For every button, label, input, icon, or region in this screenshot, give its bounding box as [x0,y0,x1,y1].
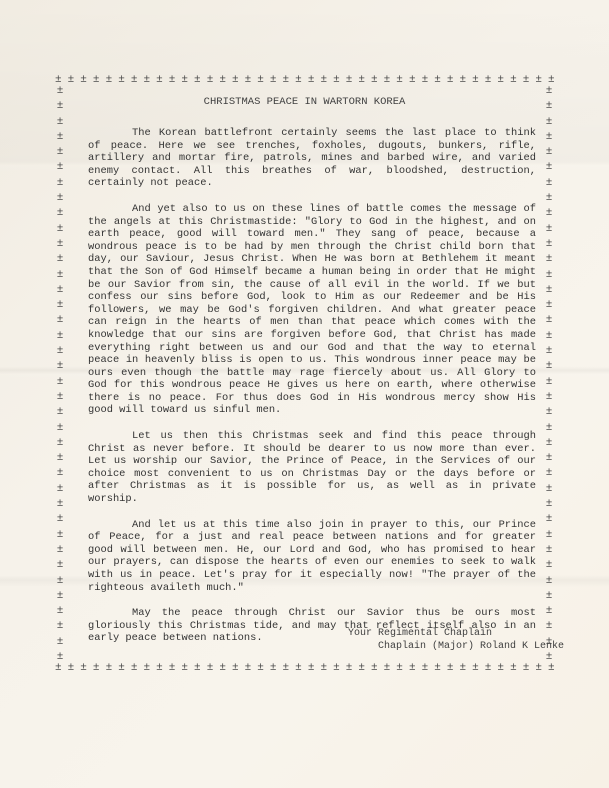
border-glyph: ± [447,75,454,86]
border-glyph: ± [543,392,555,403]
border-glyph: ± [543,132,555,143]
border-glyph: ± [434,75,441,86]
border-glyph: ± [283,663,290,674]
border-glyph: ± [54,530,66,541]
border-left: ±±±±±±±±±±±±±±±±±±±±±±±±±±±±±±±±±±±±±± [54,86,66,663]
border-glyph: ± [181,75,188,86]
border-glyph: ± [543,545,555,556]
border-glyph: ± [472,75,479,86]
border-glyph: ± [548,663,555,674]
border-glyph: ± [257,75,264,86]
border-glyph: ± [169,663,176,674]
border-glyph: ± [346,663,353,674]
border-glyph: ± [543,117,555,128]
border-glyph: ± [54,621,66,632]
border-glyph: ± [543,606,555,617]
border-glyph: ± [543,346,555,357]
border-glyph: ± [371,75,378,86]
border-glyph: ± [543,423,555,434]
border-glyph: ± [54,208,66,219]
border-glyph: ± [54,652,66,663]
border-glyph: ± [93,75,100,86]
border-glyph: ± [396,75,403,86]
border-glyph: ± [543,147,555,158]
border-glyph: ± [543,162,555,173]
border-glyph: ± [543,468,555,479]
border-glyph: ± [543,576,555,587]
border-glyph: ± [194,663,201,674]
border-glyph: ± [54,392,66,403]
border-glyph: ± [543,499,555,510]
border-glyph: ± [308,75,315,86]
border-glyph: ± [543,193,555,204]
border-glyph: ± [270,75,277,86]
paragraph: The Korean battlefront certainly seems t… [88,127,536,190]
border-glyph: ± [543,239,555,250]
border-glyph: ± [55,663,62,674]
border-glyph: ± [54,254,66,265]
border-glyph: ± [80,75,87,86]
border-glyph: ± [270,663,277,674]
signature-block: Your Regimental Chaplain Chaplain (Major… [348,627,564,653]
document-title: CHRISTMAS PEACE IN WARTORN KOREA [0,96,609,108]
border-glyph: ± [295,75,302,86]
border-glyph: ± [131,663,138,674]
border-glyph: ± [54,331,66,342]
border-glyph: ± [497,75,504,86]
border-glyph: ± [181,663,188,674]
border-glyph: ± [346,75,353,86]
border-glyph: ± [535,75,542,86]
border-glyph: ± [54,346,66,357]
paragraph: Let us then this Christmas seek and find… [88,430,536,506]
border-glyph: ± [472,663,479,674]
border-glyph: ± [54,423,66,434]
border-glyph: ± [156,75,163,86]
border-glyph: ± [543,652,555,663]
border-glyph: ± [54,178,66,189]
paragraph: And let us at this time also join in pra… [88,519,536,595]
border-glyph: ± [54,377,66,388]
border-glyph: ± [54,453,66,464]
signature-line-name: Chaplain (Major) Roland K Lenke [348,640,564,653]
border-glyph: ± [219,663,226,674]
border-glyph: ± [54,193,66,204]
border-glyph: ± [118,663,125,674]
border-glyph: ± [396,663,403,674]
border-glyph: ± [543,514,555,525]
border-glyph: ± [295,663,302,674]
border-glyph: ± [156,663,163,674]
border-glyph: ± [194,75,201,86]
border-glyph: ± [143,75,150,86]
border-glyph: ± [54,361,66,372]
border-glyph: ± [543,224,555,235]
border-glyph: ± [54,147,66,158]
border-glyph: ± [232,663,239,674]
border-glyph: ± [543,591,555,602]
border-glyph: ± [422,75,429,86]
border-glyph: ± [543,530,555,541]
border-glyph: ± [54,224,66,235]
border-glyph: ± [283,75,290,86]
border-glyph: ± [54,468,66,479]
border-glyph: ± [510,663,517,674]
border-glyph: ± [543,377,555,388]
border-glyph: ± [333,663,340,674]
border-glyph: ± [219,75,226,86]
border-bottom: ±±±±±±±±±±±±±±±±±±±±±±±±±±±±±±±±±±±±±±±± [55,663,555,674]
border-glyph: ± [485,75,492,86]
border-glyph: ± [543,270,555,281]
border-glyph: ± [384,663,391,674]
border-glyph: ± [543,315,555,326]
border-glyph: ± [68,663,75,674]
border-glyph: ± [543,300,555,311]
border-glyph: ± [54,132,66,143]
border-glyph: ± [543,484,555,495]
border-glyph: ± [320,663,327,674]
border-glyph: ± [523,75,530,86]
border-glyph: ± [358,663,365,674]
border-glyph: ± [54,407,66,418]
border-glyph: ± [409,75,416,86]
border-glyph: ± [460,663,467,674]
border-glyph: ± [460,75,467,86]
border-glyph: ± [358,75,365,86]
border-glyph: ± [54,499,66,510]
border-glyph: ± [106,663,113,674]
border-glyph: ± [54,285,66,296]
border-glyph: ± [54,606,66,617]
border-glyph: ± [169,75,176,86]
border-glyph: ± [308,663,315,674]
border-glyph: ± [54,514,66,525]
border-right: ±±±±±±±±±±±±±±±±±±±±±±±±±±±±±±±±±±±±±± [543,86,555,663]
border-glyph: ± [54,438,66,449]
border-glyph: ± [371,663,378,674]
border-glyph: ± [143,663,150,674]
border-glyph: ± [54,545,66,556]
border-glyph: ± [409,663,416,674]
border-glyph: ± [131,75,138,86]
border-glyph: ± [54,484,66,495]
border-glyph: ± [535,663,542,674]
border-glyph: ± [447,663,454,674]
border-glyph: ± [54,560,66,571]
border-glyph: ± [68,75,75,86]
border-glyph: ± [543,560,555,571]
signature-line-title: Your Regimental Chaplain [348,627,564,640]
border-glyph: ± [543,407,555,418]
border-glyph: ± [54,576,66,587]
border-glyph: ± [245,663,252,674]
border-glyph: ± [434,663,441,674]
paragraph: And yet also to us on these lines of bat… [88,203,536,417]
border-glyph: ± [543,361,555,372]
border-glyph: ± [54,315,66,326]
border-glyph: ± [543,438,555,449]
border-glyph: ± [497,663,504,674]
border-glyph: ± [207,663,214,674]
border-glyph: ± [510,75,517,86]
border-glyph: ± [422,663,429,674]
border-glyph: ± [93,663,100,674]
border-glyph: ± [543,254,555,265]
border-glyph: ± [54,591,66,602]
border-glyph: ± [543,285,555,296]
border-glyph: ± [257,663,264,674]
border-glyph: ± [54,239,66,250]
border-glyph: ± [543,453,555,464]
border-glyph: ± [543,208,555,219]
border-glyph: ± [523,663,530,674]
border-glyph: ± [54,117,66,128]
border-glyph: ± [106,75,113,86]
border-glyph: ± [80,663,87,674]
border-glyph: ± [245,75,252,86]
border-glyph: ± [384,75,391,86]
border-glyph: ± [54,300,66,311]
border-glyph: ± [54,162,66,173]
border-glyph: ± [232,75,239,86]
border-glyph: ± [207,75,214,86]
border-glyph: ± [543,178,555,189]
border-glyph: ± [485,663,492,674]
letter-body: The Korean battlefront certainly seems t… [88,127,536,658]
border-glyph: ± [54,270,66,281]
border-top: ±±±±±±±±±±±±±±±±±±±±±±±±±±±±±±±±±±±±±±±± [55,75,555,86]
border-glyph: ± [54,637,66,648]
border-glyph: ± [543,331,555,342]
border-glyph: ± [118,75,125,86]
border-glyph: ± [320,75,327,86]
border-glyph: ± [333,75,340,86]
